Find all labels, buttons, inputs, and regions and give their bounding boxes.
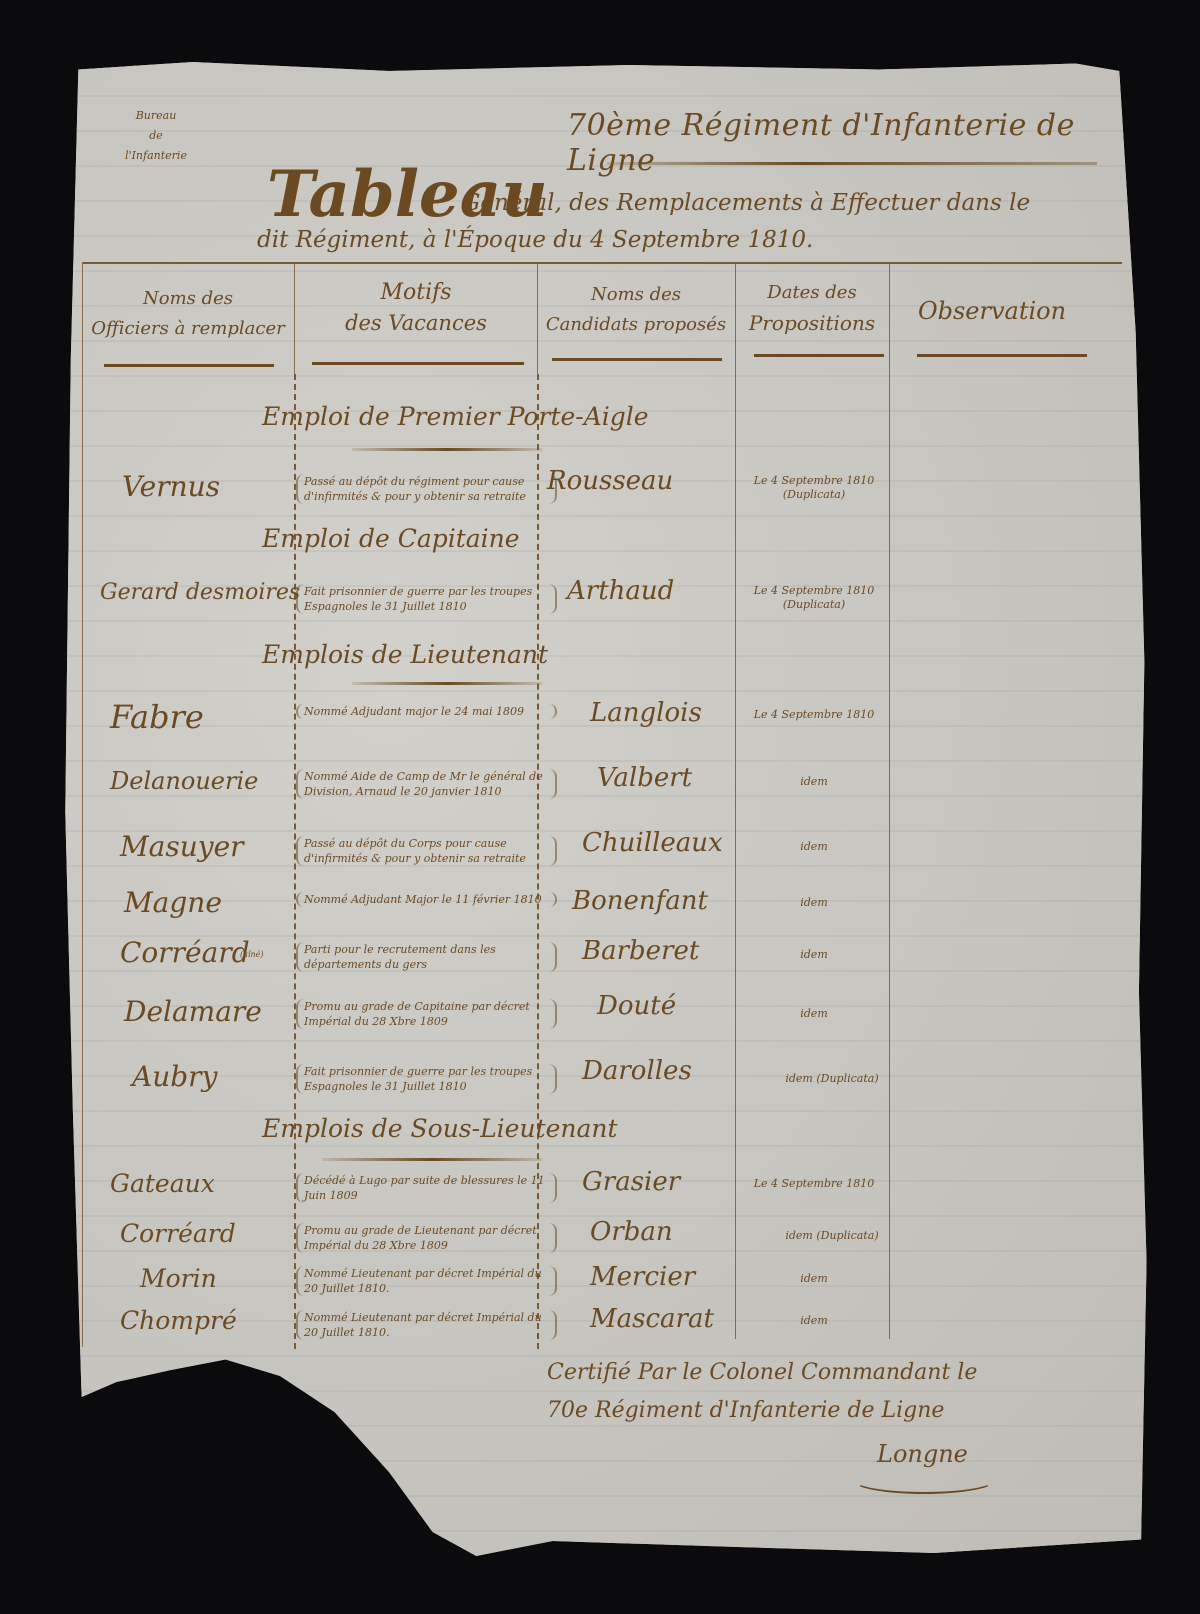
bureau-note-line: Bureau	[116, 106, 196, 126]
officer-name: Gerard desmoires	[100, 580, 300, 605]
column-header-line: Noms des	[84, 284, 292, 314]
proposal-date: Le 4 Septembre 1810	[734, 708, 894, 722]
column-header-observation: Observation	[892, 296, 1092, 326]
column-header-line: Candidats proposés	[540, 310, 732, 340]
subtitle-line-1: Général, des Remplacements à Effectuer d…	[462, 190, 1030, 216]
officer-note: (aîné)	[240, 950, 263, 959]
table-row: Delanouerie Nommé Aide de Camp de Mr le …	[62, 757, 1152, 817]
column-header-rule	[754, 354, 884, 357]
regiment-heading: 70ème Régiment d'Infanterie de Ligne	[567, 108, 1152, 178]
officer-name: Delanouerie	[110, 767, 258, 795]
table-row: Gateaux Décédé à Lugo par suite de bless…	[62, 1167, 1152, 1217]
table-row: Magne Nommé Adjudant Major le 11 février…	[62, 882, 1152, 932]
table-row: Chompré Nommé Lieutenant par décret Impé…	[62, 1304, 1152, 1349]
proposal-date: idem (Duplicata)	[762, 1072, 902, 1086]
section-rule	[352, 448, 542, 451]
candidate-name: Arthaud	[567, 576, 674, 606]
date-note: (Duplicata)	[816, 1229, 878, 1242]
candidate-name: Rousseau	[547, 466, 673, 496]
proposal-date: idem	[734, 1314, 894, 1328]
candidate-name: Grasier	[582, 1167, 680, 1197]
section-rule	[352, 682, 542, 685]
bureau-note-line: l'Infanterie	[116, 146, 196, 166]
table-row: Vernus Passé au dépôt du régiment pour c…	[62, 462, 1152, 522]
section-rule	[322, 1158, 542, 1161]
column-header-line: des Vacances	[298, 308, 534, 338]
table-row: Delamare Promu au grade de Capitaine par…	[62, 987, 1152, 1047]
date-note: (Duplicata)	[734, 488, 894, 502]
column-header-line: Propositions	[738, 308, 886, 338]
candidate-name: Chuilleaux	[582, 828, 723, 858]
signature: Longne	[877, 1440, 968, 1468]
column-header-line: Dates des	[738, 278, 886, 308]
proposal-date: Le 4 Septembre 1810 (Duplicata)	[734, 474, 894, 502]
column-header-candidates: Noms des Candidats proposés	[540, 280, 732, 340]
candidate-name: Darolles	[582, 1056, 692, 1086]
table-row: Gerard desmoires Fait prisonnier de guer…	[62, 572, 1152, 632]
document-page: Bureau de l'Infanterie 70ème Régiment d'…	[62, 62, 1152, 1562]
proposal-date: idem	[734, 775, 894, 789]
officer-name: Masuyer	[120, 830, 244, 863]
table-row: Corréard Promu au grade de Lieutenant pa…	[62, 1217, 1152, 1267]
certification-line-2: 70e Régiment d'Infanterie de Ligne	[547, 1398, 944, 1423]
proposal-date: idem	[734, 1272, 894, 1286]
vacancy-reason: Nommé Lieutenant par décret Impérial du …	[296, 1266, 557, 1296]
candidate-name: Mercier	[590, 1262, 695, 1292]
candidate-name: Bonenfant	[572, 886, 708, 916]
column-header-rule	[104, 364, 274, 367]
table-row: Masuyer Passé au dépôt du Corps pour cau…	[62, 822, 1152, 882]
proposal-date: Le 4 Septembre 1810	[734, 1177, 894, 1191]
table-row: Corréard (aîné) Parti pour le recrutemen…	[62, 932, 1152, 987]
officer-name: Chompré	[120, 1306, 237, 1335]
column-divider	[537, 264, 538, 374]
candidate-name: Barberet	[582, 936, 699, 966]
column-header-line: Officiers à remplacer	[84, 314, 292, 344]
vacancy-reason: Décédé à Lugo par suite de blessures le …	[296, 1173, 557, 1203]
proposal-date: idem	[734, 896, 894, 910]
officer-name: Corréard	[120, 1219, 236, 1248]
column-header-dates: Dates des Propositions	[738, 278, 886, 338]
candidate-name: Douté	[597, 991, 676, 1021]
proposal-date: idem	[734, 1007, 894, 1021]
column-header-motifs: Motifs des Vacances	[298, 278, 534, 338]
signature-flourish	[852, 1466, 996, 1494]
candidate-name: Langlois	[590, 698, 702, 728]
subtitle-line-2: dit Régiment, à l'Époque du 4 Septembre …	[257, 227, 813, 253]
officer-name: Fabre	[110, 698, 204, 736]
bureau-note: Bureau de l'Infanterie	[116, 106, 196, 166]
vacancy-reason: Fait prisonnier de guerre par les troupe…	[296, 584, 557, 614]
vacancy-reason: Parti pour le recrutement dans les dépar…	[296, 942, 557, 972]
officer-name: Magne	[124, 886, 222, 919]
officer-name: Gateaux	[110, 1169, 215, 1198]
date-text: Le 4 Septembre 1810	[734, 584, 894, 598]
vacancy-reason: Passé au dépôt du régiment pour cause d'…	[296, 474, 557, 504]
officer-name: Corréard	[120, 936, 250, 969]
date-text: Le 4 Septembre 1810	[734, 474, 894, 488]
column-header-rule	[917, 354, 1087, 357]
candidate-name: Valbert	[597, 763, 692, 793]
table-row: Fabre Nommé Adjudant major le 24 mai 180…	[62, 692, 1152, 752]
vacancy-reason: Fait prisonnier de guerre par les troupe…	[296, 1064, 557, 1094]
section-title: Emplois de Lieutenant	[262, 640, 548, 669]
officer-name: Morin	[140, 1264, 217, 1293]
column-header-line: Motifs	[298, 278, 534, 308]
candidate-name: Orban	[590, 1217, 673, 1247]
vacancy-reason: Promu au grade de Lieutenant par décret …	[296, 1223, 557, 1253]
candidate-name: Mascarat	[590, 1304, 714, 1334]
section-title: Emploi de Premier Porte-Aigle	[262, 402, 649, 431]
column-header-line: Noms des	[540, 280, 732, 310]
proposal-date: idem (Duplicata)	[762, 1229, 902, 1243]
vacancy-reason: Passé au dépôt du Corps pour cause d'inf…	[296, 836, 557, 866]
proposal-date: Le 4 Septembre 1810 (Duplicata)	[734, 584, 894, 612]
section-title: Emplois de Sous-Lieutenant	[262, 1114, 618, 1143]
proposal-date: idem	[734, 948, 894, 962]
date-text: idem	[785, 1229, 813, 1242]
column-header-rule	[312, 362, 524, 365]
column-divider	[294, 264, 295, 374]
certification-line-1: Certifié Par le Colonel Commandant le	[547, 1360, 977, 1385]
officer-name: Aubry	[132, 1060, 217, 1093]
bureau-note-line: de	[116, 126, 196, 146]
column-header-rule	[552, 358, 722, 361]
date-text: idem	[785, 1072, 813, 1085]
officer-name: Vernus	[122, 470, 220, 503]
heading-rule	[607, 162, 1097, 165]
section-title: Emploi de Capitaine	[262, 524, 520, 553]
date-note: (Duplicata)	[734, 598, 894, 612]
vacancy-reason: Nommé Aide de Camp de Mr le général de D…	[296, 769, 557, 799]
proposal-date: idem	[734, 840, 894, 854]
date-note: (Duplicata)	[816, 1072, 878, 1085]
column-header-officers: Noms des Officiers à remplacer	[84, 284, 292, 344]
officer-name: Delamare	[124, 995, 262, 1028]
table-top-rule	[82, 262, 1122, 264]
vacancy-reason: Nommé Lieutenant par décret Impérial du …	[296, 1310, 557, 1340]
vacancy-reason: Nommé Adjudant major le 24 mai 1809	[296, 704, 557, 719]
table-row: Aubry Fait prisonnier de guerre par les …	[62, 1052, 1152, 1112]
vacancy-reason: Nommé Adjudant Major le 11 février 1810	[296, 892, 557, 907]
table-row: Morin Nommé Lieutenant par décret Impéri…	[62, 1262, 1152, 1307]
vacancy-reason: Promu au grade de Capitaine par décret I…	[296, 999, 557, 1029]
date-text: Le 4 Septembre 1810	[734, 708, 894, 722]
